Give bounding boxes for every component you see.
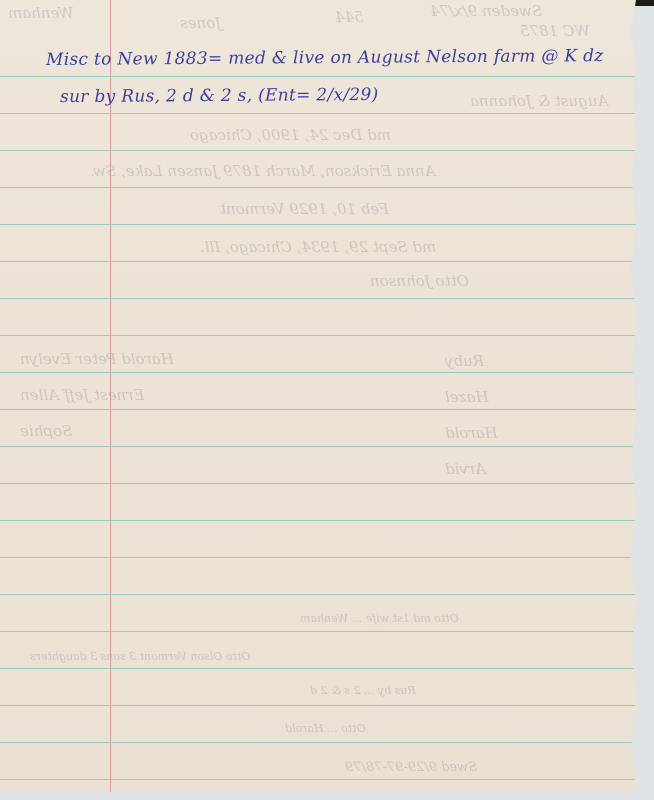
bleed-through-text: WC 1875	[520, 22, 590, 40]
bleed-through-text: Wenham	[8, 4, 74, 22]
bleed-through-text: Sophie	[20, 422, 72, 440]
ruled-line	[0, 409, 636, 410]
ruled-line	[0, 742, 636, 743]
ruled-line	[0, 631, 636, 632]
bleed-through-text: Jones	[180, 14, 221, 32]
ruled-line	[0, 150, 636, 151]
ruled-line	[0, 557, 636, 558]
ruled-line	[0, 594, 636, 595]
bleed-through-text: md Dec 24, 1900, Chicago	[190, 126, 391, 144]
ruled-line	[0, 113, 636, 114]
ruled-line	[0, 446, 636, 447]
ruled-line	[0, 224, 636, 225]
bleed-through-text: Sweden 9/x/74	[430, 2, 542, 20]
ruled-line	[0, 372, 636, 373]
ruled-line	[0, 335, 636, 336]
bleed-through-text: Anna Erickson, March 1879 Jansen Lake, S…	[90, 162, 436, 180]
handwritten-line-1: Misc to New 1883= med & live on August N…	[46, 46, 604, 70]
ruled-line	[0, 668, 636, 669]
ruled-line	[0, 483, 636, 484]
notebook-page: Wenham Jones 544 Sweden 9/x/74 WC 1875 A…	[0, 0, 636, 792]
ruled-line	[0, 705, 636, 706]
ruled-line	[0, 261, 636, 262]
bleed-through-text: Feb 10, 1929 Vermont	[220, 200, 389, 218]
bleed-through-text: August & Johanna	[470, 92, 608, 110]
handwritten-line-2: sur by Rus, 2 d & 2 s, (Ent= 2/x/29)	[60, 85, 379, 107]
ruled-line	[0, 76, 636, 77]
bleed-through-text: Swed 9/29-97-78/79	[345, 760, 477, 775]
bleed-through-text: md Sept 29, 1934, Chicago, Ill.	[200, 238, 436, 256]
ruled-line	[0, 779, 636, 780]
ruled-line	[0, 520, 636, 521]
bleed-through-text: Otto Olson Vermont 3 sons 3 daughters	[30, 650, 250, 663]
bleed-through-text: Harold Peter Evelyn	[20, 350, 174, 368]
ruled-line	[0, 298, 636, 299]
bleed-through-text: Harold	[445, 424, 498, 442]
ruled-line	[0, 187, 636, 188]
bleed-through-text: Otto Johnson	[370, 272, 469, 290]
bleed-through-text: Otto ... Harold	[285, 722, 366, 735]
bleed-through-text: Arvid	[445, 460, 486, 478]
bleed-through-text: Rus by ... 2 s & 2 d	[310, 684, 416, 697]
bleed-through-text: Ruby	[445, 352, 484, 370]
bleed-through-text: Hazel	[445, 388, 489, 406]
bleed-through-text: Ernest Jeff Allen	[20, 386, 144, 404]
bleed-through-text: Otto md 1st wife ... Wenham	[300, 612, 459, 625]
bleed-through-text: 544	[335, 8, 364, 26]
